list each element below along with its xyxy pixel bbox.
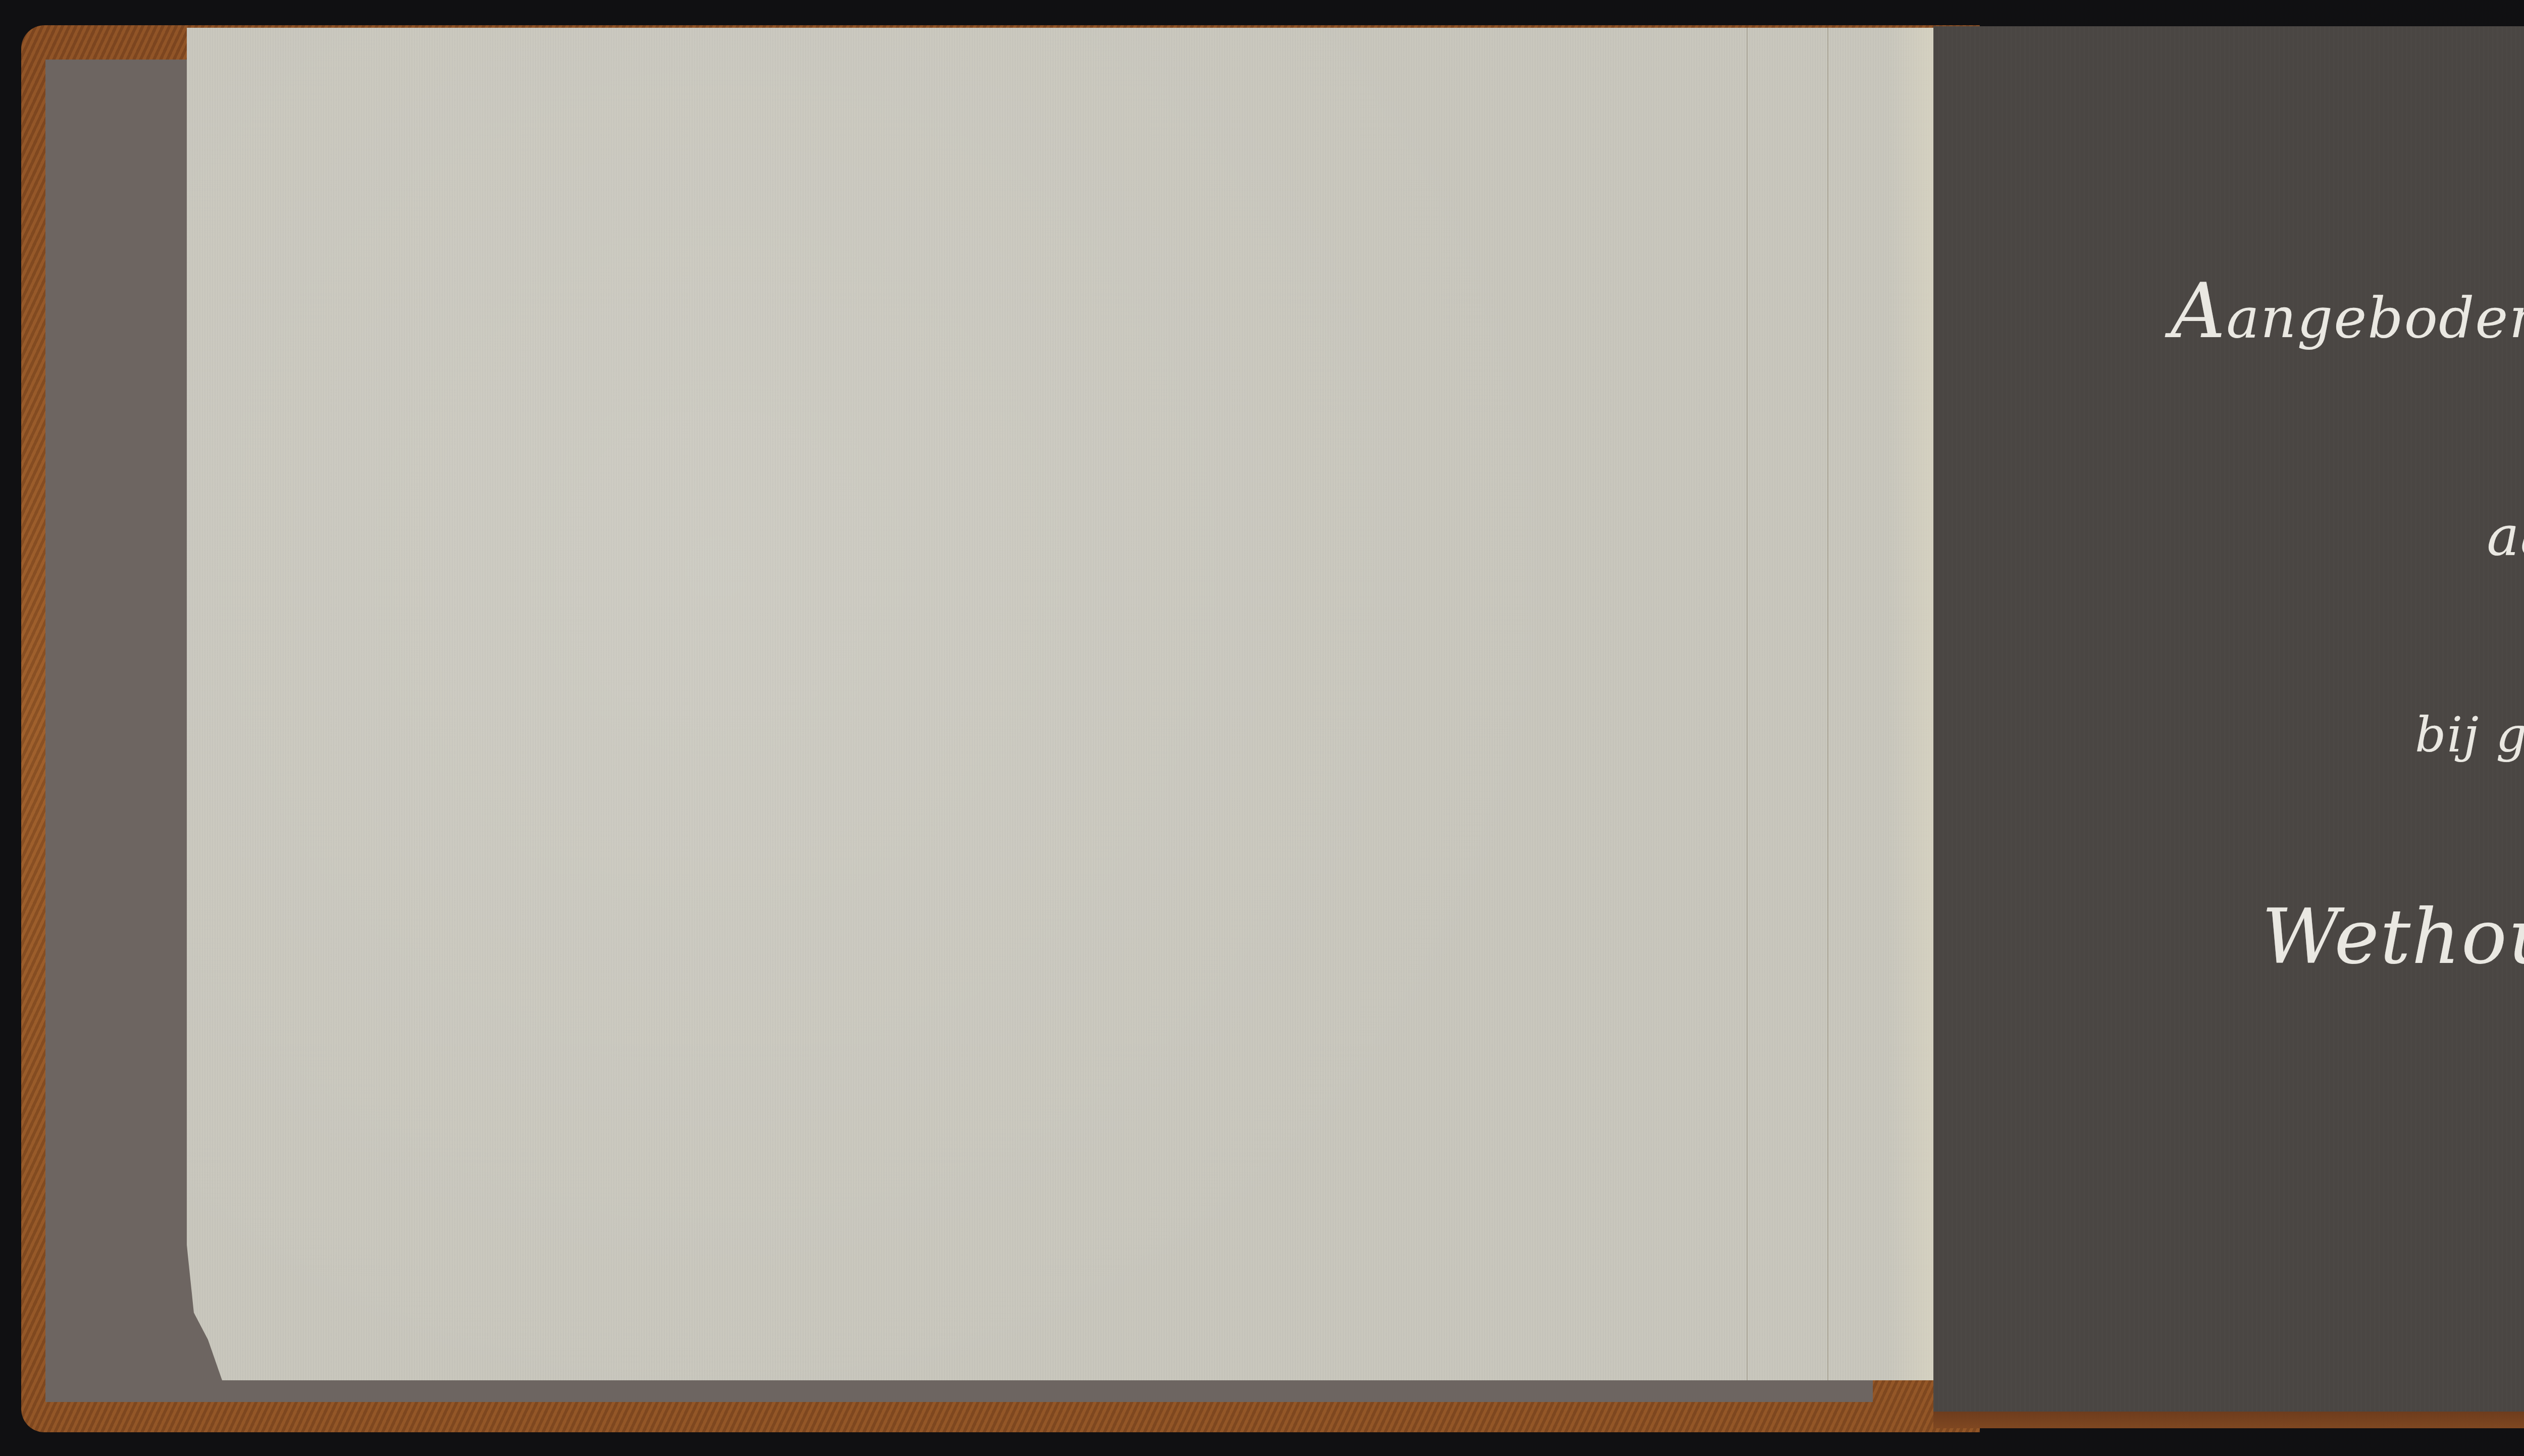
initial-letter: A [2171,267,2226,355]
tissue-interleaf [187,28,1954,1380]
inscription-line-2: aan den Heer J. H. Reinhardt [2171,505,2524,568]
inscription-line-3: bij gelegenheid van diens aftreden als [2171,707,2524,763]
inscription-line-5: (1927 ~ 1935.) [2171,1095,2524,1165]
inscription-line-4: Wethouder van Publieke Werken [2171,893,2524,981]
word-aangeboden: angeboden [2226,286,2524,350]
scan-background: Aangeboden door directie en personeel va… [0,0,2524,1456]
tissue-fold-line [1827,28,1828,1380]
tissue-fold-line [1747,28,1748,1380]
inscription-line-1: Aangeboden door directie en personeel va… [2171,267,2524,355]
